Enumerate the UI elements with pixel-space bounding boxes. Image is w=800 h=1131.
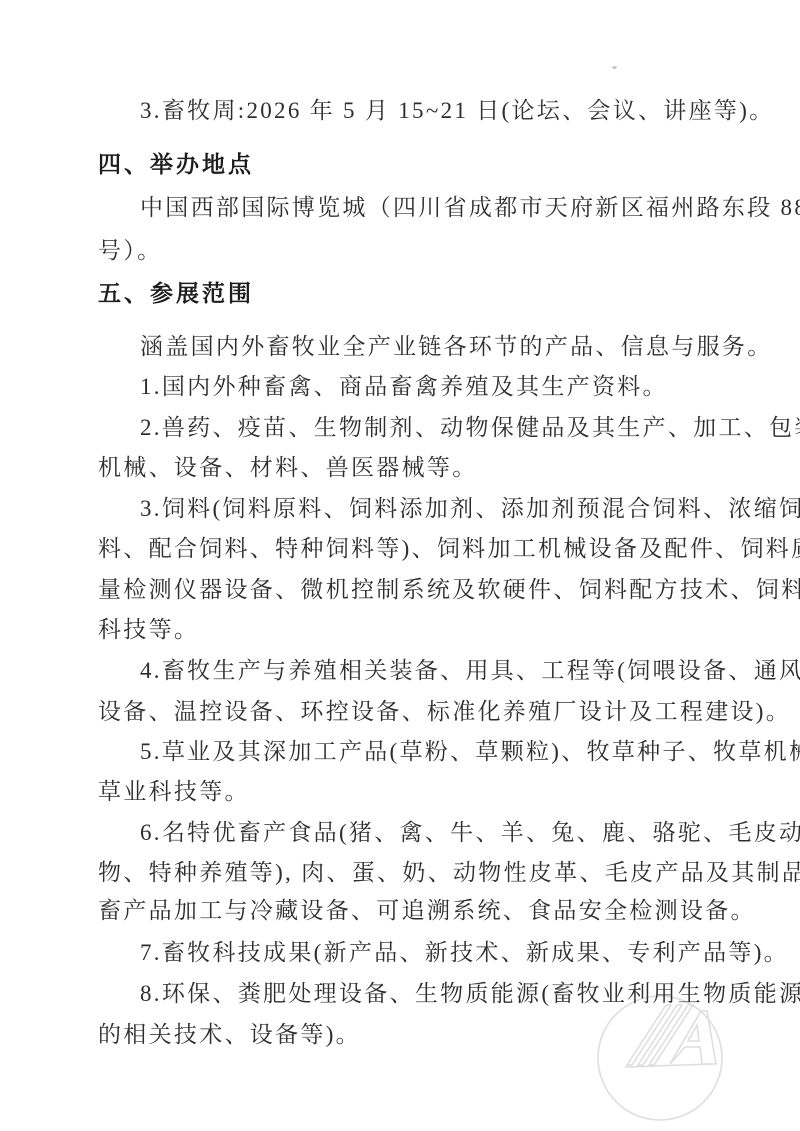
doc-line: 物、特种养殖等), 肉、蛋、奶、动物性皮革、毛皮产品及其制品； xyxy=(98,859,800,887)
doc-line: 号）。 xyxy=(98,237,162,265)
doc-line: 8.环保、粪肥处理设备、生物质能源(畜牧业利用生物质能源 xyxy=(140,980,800,1008)
doc-line: 畜产品加工与冷藏设备、可追溯系统、食品安全检测设备。 xyxy=(98,897,756,925)
doc-line: 6.名特优畜产食品(猪、禽、牛、羊、兔、鹿、骆驼、毛皮动 xyxy=(140,819,800,847)
doc-line: 涵盖国内外畜牧业全产业链各环节的产品、信息与服务。 xyxy=(140,333,773,361)
doc-line: 5.草业及其深加工产品(草粉、草颗粒)、牧草种子、牧草机械、 xyxy=(140,738,800,766)
doc-line: 7.畜牧科技成果(新产品、新技术、新成果、专利产品等)。 xyxy=(140,939,789,967)
doc-line: 3.畜牧周:2026 年 5 月 15~21 日(论坛、会议、讲座等)。 xyxy=(140,97,774,125)
section-heading-5: 五、参展范围 xyxy=(98,279,254,307)
doc-line: 量检测仪器设备、微机控制系统及软硬件、饲料配方技术、饲料 xyxy=(98,576,800,604)
scan-speck-artifact xyxy=(612,66,617,69)
doc-line: 科技等。 xyxy=(98,616,199,644)
scanned-document-page: 3.畜牧周:2026 年 5 月 15~21 日(论坛、会议、讲座等)。 四、举… xyxy=(0,0,800,1131)
doc-line: 草业科技等。 xyxy=(98,778,250,806)
doc-line: 3.饲料(饲料原料、饲料添加剂、添加剂预混合饲料、浓缩饲 xyxy=(140,495,800,523)
doc-line: 的相关技术、设备等)。 xyxy=(98,1021,361,1049)
doc-line: 机械、设备、材料、兽医器械等。 xyxy=(98,454,478,482)
doc-line: 设备、温控设备、环控设备、标准化养殖厂设计及工程建设)。 xyxy=(98,698,791,726)
doc-line: 4.畜牧生产与养殖相关装备、用具、工程等(饲喂设备、通风 xyxy=(140,657,800,685)
doc-line: 1.国内外种畜禽、商品畜禽养殖及其生产资料。 xyxy=(140,373,668,401)
doc-line: 2.兽药、疫苗、生物制剂、动物保健品及其生产、加工、包装 xyxy=(140,414,800,442)
doc-line: 中国西部国际博览城（四川省成都市天府新区福州路东段 88 xyxy=(140,194,800,222)
section-heading-4: 四、举办地点 xyxy=(98,150,254,178)
doc-line: 料、配合饲料、特种饲料等)、饲料加工机械设备及配件、饲料质 xyxy=(98,535,800,563)
